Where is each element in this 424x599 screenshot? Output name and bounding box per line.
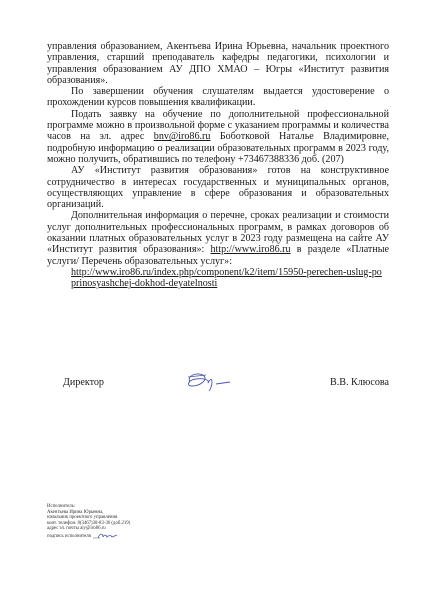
paragraph-application: Подать заявку на обучение по дополнитель… (47, 109, 389, 165)
services-list-link-line-1[interactable]: http://www.iro86.ru/index.php/component/… (47, 267, 389, 278)
executor-signature-line: подпись исполнителя (47, 532, 130, 540)
paragraph-cooperation: АУ «Институт развития образования» готов… (47, 165, 389, 210)
paragraph-additional-info: Дополнительная информация о перечне, сро… (47, 210, 389, 289)
letter-body: управления образованием, Акентьева Ирина… (47, 41, 389, 290)
handwritten-signature-icon (180, 368, 236, 394)
services-list-link-line-2[interactable]: prinosyashchej-dokhod-deyatelnosti (47, 278, 389, 289)
email-link[interactable]: bnv@iro86.ru (154, 131, 211, 142)
paragraph-instructors: управления образованием, Акентьева Ирина… (47, 41, 389, 86)
signatory-name: В.В. Клюсова (330, 377, 389, 388)
executor-info: Исполнитель: Акентьева Ирина Юрьевна, на… (47, 504, 130, 540)
signatory-position: Директор (63, 377, 104, 388)
site-link[interactable]: http://www.iro86.ru (211, 244, 291, 255)
executor-signature-label: подпись исполнителя (47, 534, 91, 539)
executor-signature-icon (92, 532, 118, 540)
paragraph-certificate: По завершении обучения слушателям выдает… (47, 86, 389, 109)
signature-block: Директор В.В. Клюсова (0, 374, 424, 404)
document-page: управления образованием, Акентьева Ирина… (0, 0, 424, 599)
